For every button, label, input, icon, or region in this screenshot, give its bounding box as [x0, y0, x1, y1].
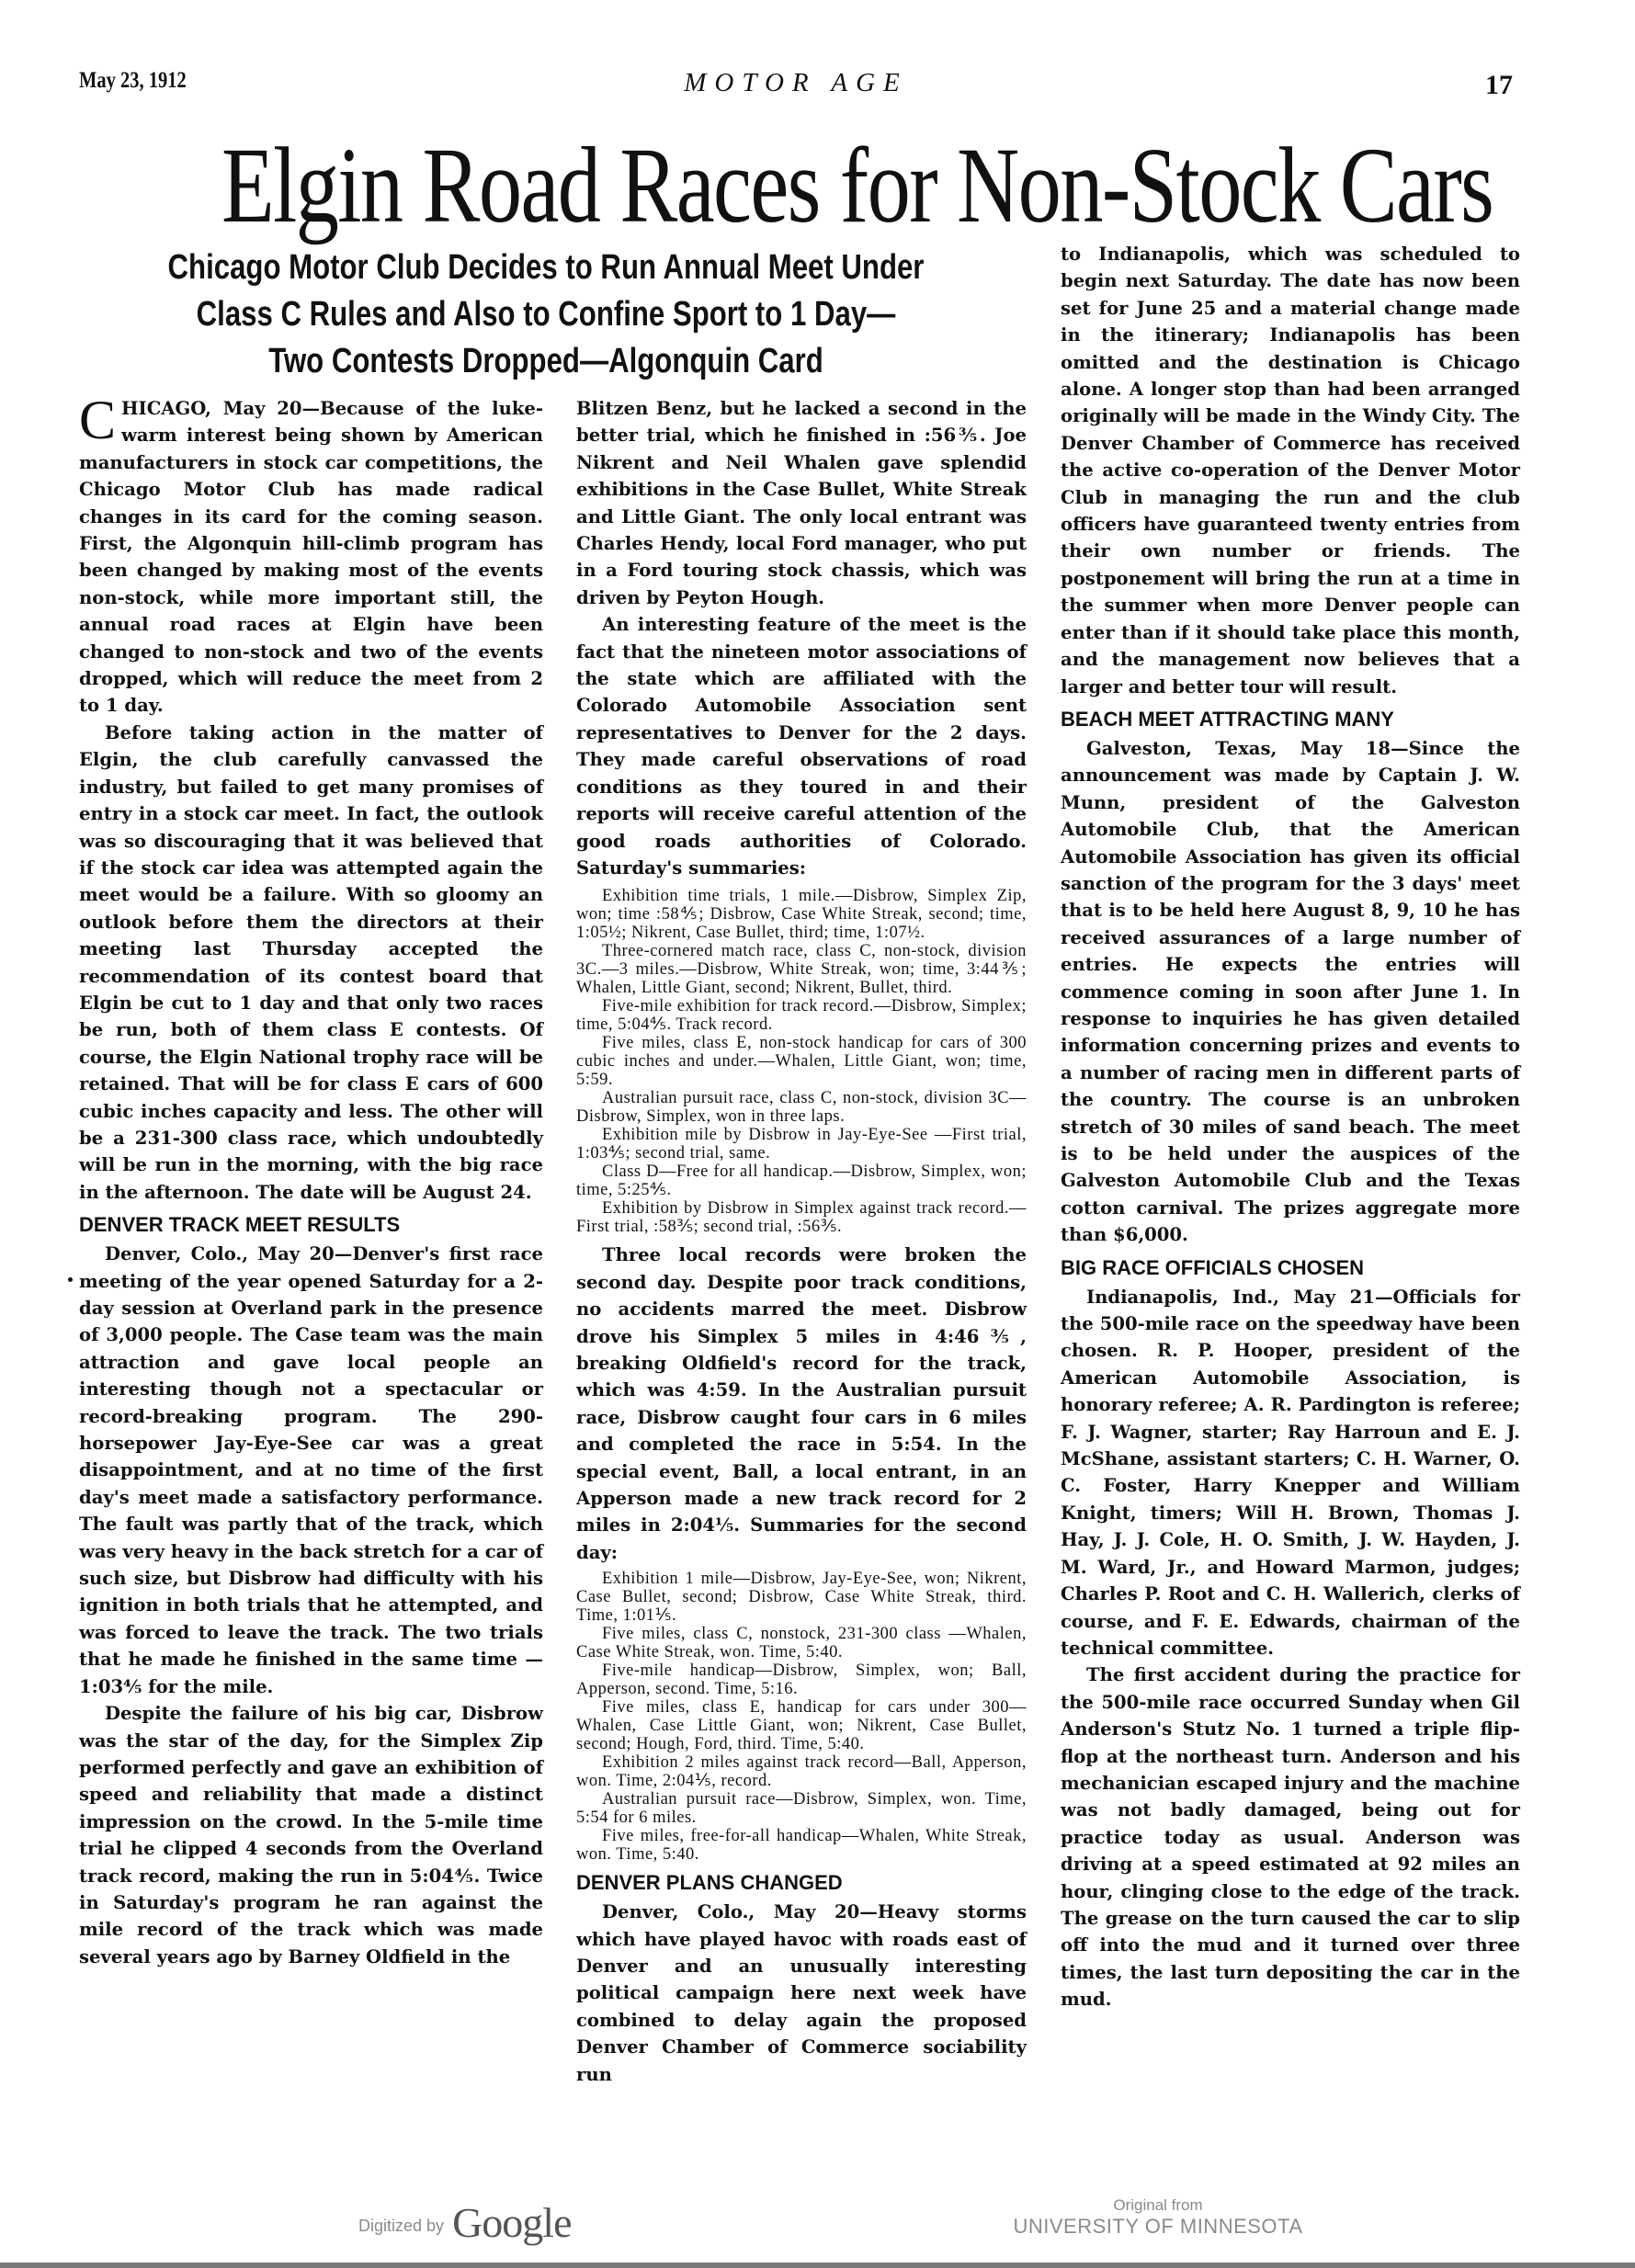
summary-item: Five-mile exhibition for track record.—D… [576, 997, 1027, 1034]
summary-item: Australian pursuit race, class C, non-st… [576, 1089, 1027, 1126]
summary-item: Australian pursuit race—Disbrow, Simplex… [576, 1790, 1027, 1827]
stray-dot [68, 1277, 73, 1282]
running-head: May 23, 1912 MOTOR AGE 17 [79, 68, 1513, 105]
section-heading-beach-meet: BEACH MEET ATTRACTING MANY [1061, 706, 1520, 733]
paragraph: Galveston, Texas, May 18—Since the annou… [1061, 735, 1520, 1249]
section-heading-denver-plans: DENVER PLANS CHANGED [576, 1869, 1027, 1897]
saturday-summaries: Exhibition time trials, 1 mile.—Disbrow,… [576, 887, 1027, 1236]
paragraph: Indianapolis, Ind., May 21—Officials for… [1061, 1284, 1520, 1662]
section-heading-denver-track: DENVER TRACK MEET RESULTS [79, 1211, 543, 1239]
column-middle: Blitzen Benz, but he lacked a second in … [576, 395, 1027, 2088]
page-number: 17 [1485, 70, 1513, 101]
publication-name: MOTOR AGE [79, 68, 1513, 98]
original-source-watermark: Original from UNIVERSITY OF MINNESOTA [1011, 2196, 1305, 2239]
summary-item: Five miles, class E, handicap for cars u… [576, 1698, 1027, 1753]
deck-line: Class C Rules and Also to Confine Sport … [162, 291, 930, 338]
lead-paragraph-text: HICAGO, May 20—Because of the luke-warm … [79, 398, 543, 716]
magazine-page: May 23, 1912 MOTOR AGE 17 Elgin Road Rac… [0, 0, 1635, 2268]
deck-line: Two Contests Dropped—Algonquin Card [162, 338, 930, 385]
paragraph: Despite the failure of his big car, Disb… [79, 1700, 543, 1970]
column-right: to Indianapolis, which was scheduled to … [1061, 241, 1520, 2013]
section-heading-officials: BIG RACE OFFICIALS CHOSEN [1061, 1254, 1520, 1282]
paragraph: Denver, Colo., May 20—Denver's first rac… [79, 1241, 543, 1700]
summary-item: Exhibition by Disbrow in Simplex against… [576, 1199, 1027, 1236]
summary-item: Exhibition 2 miles against track record—… [576, 1753, 1027, 1790]
summary-item: Three-cornered match race, class C, non-… [576, 942, 1027, 997]
summary-item: Exhibition time trials, 1 mile.—Disbrow,… [576, 887, 1027, 942]
digitized-prefix: Digitized by [358, 2217, 444, 2235]
deck-line: Chicago Motor Club Decides to Run Annual… [162, 244, 930, 291]
drop-cap: C [79, 397, 116, 443]
second-day-summaries: Exhibition 1 mile—Disbrow, Jay-Eye-See, … [576, 1570, 1027, 1864]
summary-item: Five miles, class C, nonstock, 231-300 c… [576, 1625, 1027, 1661]
summary-item: Exhibition 1 mile—Disbrow, Jay-Eye-See, … [576, 1570, 1027, 1625]
paragraph: The first accident during the practice f… [1061, 1661, 1520, 2013]
digitized-by-watermark: Digitized by Google [358, 2198, 571, 2247]
original-from-label: Original from [1011, 2196, 1305, 2215]
bottom-bar [0, 2262, 1635, 2268]
paragraph: An interesting feature of the meet is th… [576, 611, 1027, 881]
summary-item: Class D—Free for all handicap.—Disbrow, … [576, 1162, 1027, 1199]
column-left: CHICAGO, May 20—Because of the luke-warm… [79, 395, 543, 1970]
summary-item: Five miles, free-for-all handicap—Whalen… [576, 1827, 1027, 1864]
summary-item: Five miles, class E, non-stock handicap … [576, 1034, 1027, 1089]
article-headline: Elgin Road Races for Non-Stock Cars [221, 129, 1376, 243]
article-deck: Chicago Motor Club Decides to Run Annual… [162, 244, 930, 385]
summary-item: Five-mile handicap—Disbrow, Simplex, won… [576, 1661, 1027, 1698]
paragraph: to Indianapolis, which was scheduled to … [1061, 241, 1520, 700]
lead-paragraph: CHICAGO, May 20—Because of the luke-warm… [79, 395, 543, 720]
summary-item: Exhibition mile by Disbrow in Jay-Eye-Se… [576, 1126, 1027, 1162]
institution-name: UNIVERSITY OF MINNESOTA [1011, 2215, 1305, 2239]
paragraph: Three local records were broken the seco… [576, 1242, 1027, 1566]
paragraph: Before taking action in the matter of El… [79, 720, 543, 1206]
paragraph: Denver, Colo., May 20—Heavy storms which… [576, 1899, 1027, 2088]
scan-footer: Digitized by Google Original from UNIVER… [0, 2187, 1635, 2268]
paragraph: Blitzen Benz, but he lacked a second in … [576, 395, 1027, 611]
google-logo: Google [452, 2199, 571, 2246]
